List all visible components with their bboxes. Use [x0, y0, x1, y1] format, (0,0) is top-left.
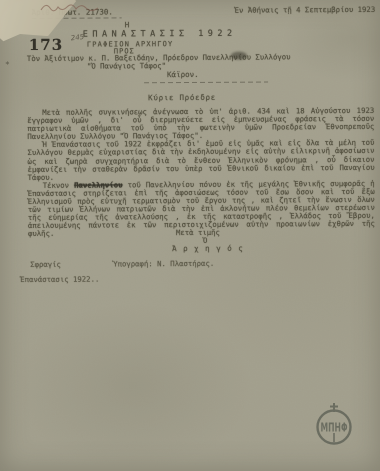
addressee-underline	[144, 82, 268, 84]
scanned-letter-page: Ἀριθ. Πρωτ. 21730. Ἐν Ἀθήναις τῇ 4 Σεπτε…	[0, 0, 380, 471]
letter-body: Μετὰ πολλῆς συγκινήσεως ἀνέγνωσα τὸ ὑπ' …	[27, 107, 375, 239]
letterhead-article: Η	[125, 20, 132, 29]
date-line: Ἐν Ἀθήναις τῇ 4 Σεπτεμβρίου 1923	[235, 5, 376, 15]
paragraph-2: Ἡ Ἐπανάστασις τοῦ 1922 ἐκφράζει δι' ἐμοῦ…	[27, 139, 374, 182]
registry-number-stamp: 173	[29, 36, 63, 54]
addressee-line2: "Ὁ Πανάγιος Τάφος"	[87, 61, 166, 70]
archive-seal-icon: ΜΠΗΦ	[310, 400, 358, 448]
margin-asterisk: *	[5, 60, 10, 69]
registry-number-suffix: 245	[70, 33, 84, 42]
paragraph-1: Μετὰ πολλῆς συγκινήσεως ἀνέγνωσα τὸ ὑπ' …	[27, 107, 374, 141]
signature-note: Ὑπογραφή: Ν. Πλαστήρας.	[113, 259, 214, 269]
pencil-scribble-icon	[38, 0, 108, 16]
seal-monogram-text: ΜΠΗΦ	[321, 421, 348, 435]
seal-note-label: Σφραγίς	[30, 260, 61, 269]
salutation: Κύριε Πρόεδρε	[148, 93, 216, 102]
ink-blot	[231, 52, 247, 60]
seal-note-value: Ἐπανάστασις 1922..	[20, 275, 99, 284]
addressee-line3: Κάϊρον.	[167, 70, 199, 79]
valediction: Μετὰ τιμῆς	[176, 228, 220, 237]
closing-title: Ἀ ρ χ η γ ό ς	[172, 244, 244, 253]
letterhead-org: ΕΠΑΝΑΣΤΑΣΙΣ 1922	[83, 29, 237, 40]
